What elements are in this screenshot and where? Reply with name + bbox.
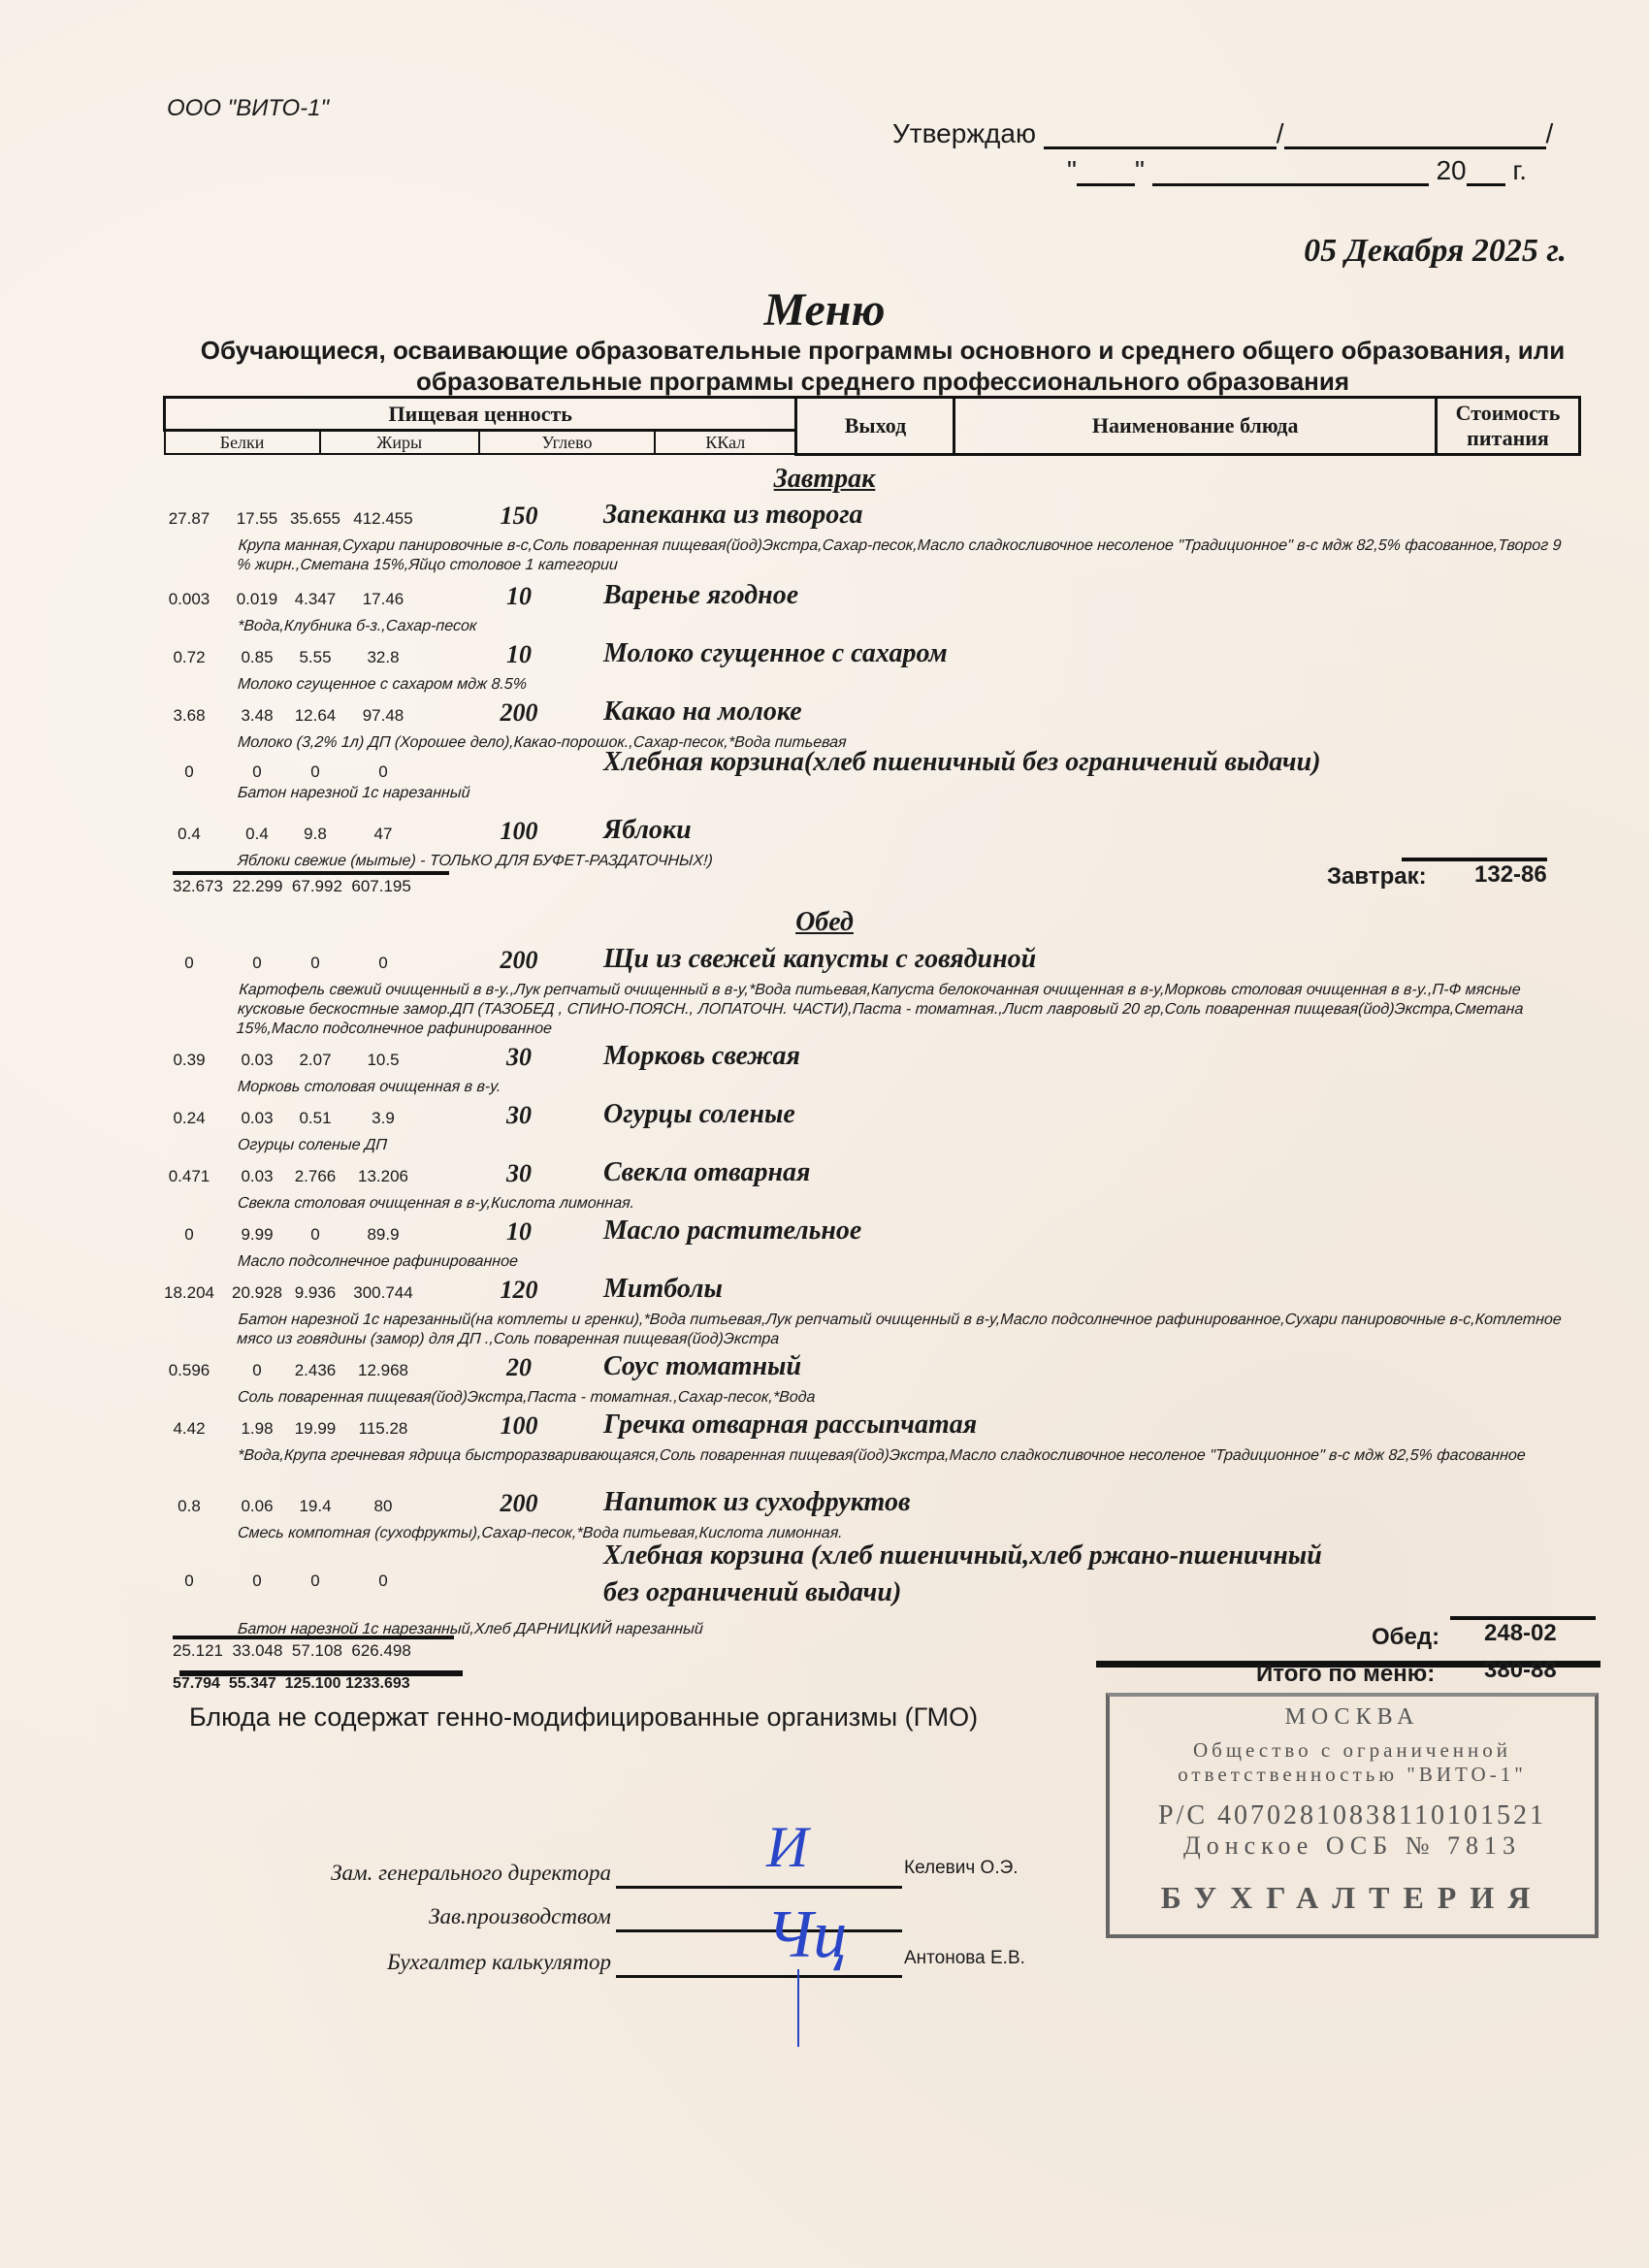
lunch-total-rule: [173, 1636, 454, 1639]
yield-value: 30: [480, 1159, 558, 1188]
dish-ingredients: Молоко сгущенное с сахаром мдж 8.5%: [237, 675, 1567, 695]
dish-ingredients: Морковь столовая очищенная в в-у.: [237, 1078, 1567, 1097]
yield-value: 10: [480, 640, 558, 669]
dish-ingredients: *Вода,Крупа гречневая ядрица быстроразва…: [237, 1446, 1567, 1466]
yield-value: 100: [480, 1411, 558, 1441]
dish-ingredients: Крупа манная,Сухари панировочные в-с,Сол…: [237, 536, 1568, 575]
grand-total-cost: 380-88: [1484, 1657, 1557, 1684]
yield-value: 10: [480, 582, 558, 611]
slash: /: [1277, 118, 1284, 148]
total-fats: 33.048: [232, 1641, 282, 1660]
dish-ingredients: Соль поваренная пищевая(йод)Экстра,Паста…: [237, 1388, 1567, 1408]
breakfast-cost: 132-86: [1474, 861, 1547, 889]
year-prefix: 20: [1436, 155, 1466, 185]
dish-name: Морковь свежая: [603, 1041, 800, 1072]
kcal-value: 47: [339, 825, 427, 844]
dish-ingredients: Огурцы соленые ДП: [237, 1136, 1567, 1155]
signature-role-3: Бухгалтер калькулятор: [165, 1950, 611, 1975]
day-line: [1077, 158, 1135, 186]
menu-date: 05 Декабря 2025 г.: [1304, 233, 1567, 270]
dish-ingredients: Масло подсолнечное рафинированное: [237, 1252, 1567, 1272]
lunch-cost: 248-02: [1484, 1620, 1557, 1647]
grand-total-carbs: 125.100: [285, 1675, 341, 1692]
total-proteins: 32.673: [173, 877, 223, 895]
kcal-value: 0: [339, 1571, 427, 1591]
kcal-value: 0: [339, 954, 427, 973]
dish-name: Хлебная корзина (хлеб пшеничный,хлеб ржа…: [603, 1540, 1322, 1571]
kcal-value: 97.48: [339, 706, 427, 726]
grand-totals: 57.794 55.347 125.100 1233.693: [173, 1675, 410, 1693]
signature-name-1: Келевич О.Э.: [904, 1858, 1018, 1879]
dish-ingredients: Батон нарезной 1с нарезанный(на котлеты …: [237, 1311, 1568, 1349]
dish-ingredients: Батон нарезной 1с нарезанный: [237, 784, 1567, 803]
approve-signature-line: [1044, 121, 1277, 149]
dish-name: Свекла отварная: [603, 1157, 810, 1188]
stamp-account: Р/С 40702810838110101521: [1110, 1800, 1595, 1831]
total-proteins: 25.121: [173, 1641, 223, 1660]
dish-ingredients: *Вода,Клубника б-з.,Сахар-песок: [237, 617, 1567, 636]
dish-name: Щи из свежей капусты с говядиной: [603, 944, 1036, 975]
handwritten-signature-1: И: [766, 1814, 808, 1881]
signature-line-2: [616, 1929, 902, 1932]
dish-name: Яблоки: [603, 815, 692, 846]
lunch-totals: 25.121 33.048 57.108 626.498: [173, 1641, 411, 1661]
yield-value: 200: [480, 698, 558, 728]
quote: ": [1135, 155, 1145, 185]
section-breakfast-title: Завтрак: [0, 464, 1649, 495]
yield-value: 20: [480, 1353, 558, 1382]
dish-name: Напиток из сухофруктов: [603, 1487, 910, 1518]
month-line: [1152, 158, 1429, 186]
slash: /: [1546, 118, 1554, 148]
dish-name: Гречка отварная рассыпчатая: [603, 1409, 977, 1441]
handwritten-signature-2: Чц: [766, 1896, 847, 1974]
dish-ingredients: Свекла столовая очищенная в в-у,Кислота …: [237, 1194, 1567, 1214]
gmo-note: Блюда не содержат генно-модифицированные…: [189, 1702, 978, 1733]
year-line: [1467, 158, 1505, 186]
grand-total-proteins: 57.794: [173, 1675, 220, 1692]
yield-value: 150: [480, 502, 558, 531]
stamp-department: БУХГАЛТЕРИЯ: [1110, 1880, 1595, 1916]
kcal-value: 0: [339, 762, 427, 782]
stamp-city: МОСКВА: [1110, 1704, 1595, 1731]
yield-value: 200: [480, 946, 558, 975]
dish-name: Митболы: [603, 1274, 723, 1305]
dish-ingredients: Картофель свежий очищенный в в-у.,Лук ре…: [236, 981, 1568, 1039]
breakfast-cost-label: Завтрак:: [1327, 863, 1427, 891]
stamp-bank: Донское ОСБ № 7813: [1110, 1831, 1595, 1861]
proteins-header: Белки: [165, 431, 320, 455]
dish-name: Соус томатный: [603, 1351, 801, 1382]
dish-name: Молоко сгущенное с сахаром: [603, 638, 948, 669]
dish-name: Масло растительное: [603, 1215, 861, 1247]
dish-name: Запеканка из творога: [603, 500, 863, 531]
total-carbs: 57.108: [292, 1641, 342, 1660]
total-carbs: 67.992: [292, 877, 342, 895]
page-title: Меню: [0, 283, 1649, 337]
yield-value: 120: [480, 1276, 558, 1305]
signature-line-3: [616, 1975, 902, 1978]
total-kcal: 626.498: [351, 1641, 410, 1660]
approval-date-line: "" 20 г.: [1067, 155, 1527, 186]
kcal-value: 12.968: [339, 1361, 427, 1380]
section-lunch-title: Обед: [0, 907, 1649, 938]
stamp-line2: ответственностью "ВИТО-1": [1110, 1763, 1595, 1787]
stamp-line1: Общество с ограниченной: [1110, 1738, 1595, 1763]
yield-header: Выход: [796, 398, 954, 455]
signature-role-2: Зав.производством: [165, 1904, 611, 1929]
kcal-header: ККал: [655, 431, 796, 455]
kcal-value: 17.46: [339, 590, 427, 609]
menu-table-header: Пищевая ценность Выход Наименование блюд…: [163, 396, 1581, 456]
kcal-value: 412.455: [339, 509, 427, 529]
organization-name: ООО "ВИТО-1": [167, 95, 329, 122]
kcal-value: 89.9: [339, 1225, 427, 1245]
nutrition-header: Пищевая ценность: [165, 398, 796, 431]
dish-name: Варенье ягодное: [603, 580, 798, 611]
year-suffix: г.: [1512, 155, 1527, 185]
breakfast-totals: 32.673 22.299 67.992 607.195: [173, 877, 411, 896]
approval-block: Утверждаю //: [892, 118, 1553, 149]
kcal-value: 300.744: [339, 1283, 427, 1303]
dish-name-header: Наименование блюда: [954, 398, 1437, 455]
yield-value: 10: [480, 1217, 558, 1247]
kcal-value: 13.206: [339, 1167, 427, 1186]
total-fats: 22.299: [232, 877, 282, 895]
grand-total-kcal: 1233.693: [345, 1675, 410, 1692]
yield-value: 100: [480, 817, 558, 846]
page-subtitle: Обучающиеся, осваивающие образовательные…: [194, 335, 1571, 397]
dish-name: Какао на молоке: [603, 697, 802, 728]
carbs-header: Углево: [479, 431, 655, 455]
breakfast-total-rule: [173, 871, 449, 875]
signature-stroke: [797, 1969, 799, 2047]
dish-name: Огурцы соленые: [603, 1099, 795, 1130]
quote: ": [1067, 155, 1077, 185]
kcal-value: 10.5: [339, 1051, 427, 1070]
lunch-cost-label: Обед:: [1372, 1624, 1439, 1651]
kcal-value: 80: [339, 1497, 427, 1516]
cost-header: Стоимость питания: [1437, 398, 1580, 455]
grand-total-fats: 55.347: [229, 1675, 276, 1692]
signature-role-1: Зам. генерального директора: [165, 1861, 611, 1886]
yield-value: 200: [480, 1489, 558, 1518]
grand-total-label: Итого по меню:: [1256, 1661, 1435, 1688]
total-kcal: 607.195: [351, 877, 410, 895]
kcal-value: 3.9: [339, 1109, 427, 1128]
yield-value: 30: [480, 1101, 558, 1130]
company-stamp: МОСКВА Общество с ограниченной ответстве…: [1106, 1693, 1599, 1938]
fats-header: Жиры: [320, 431, 479, 455]
kcal-value: 115.28: [339, 1419, 427, 1439]
signature-line-1: [616, 1886, 902, 1889]
kcal-value: 32.8: [339, 648, 427, 667]
approve-name-line: [1284, 121, 1546, 149]
signature-name-3: Антонова Е.В.: [904, 1948, 1025, 1969]
dish-name: Хлебная корзина(хлеб пшеничный без огран…: [603, 747, 1321, 778]
yield-value: 30: [480, 1043, 558, 1072]
approve-label: Утверждаю: [892, 118, 1036, 148]
dish-name-continued: без ограничений выдачи): [603, 1577, 901, 1608]
